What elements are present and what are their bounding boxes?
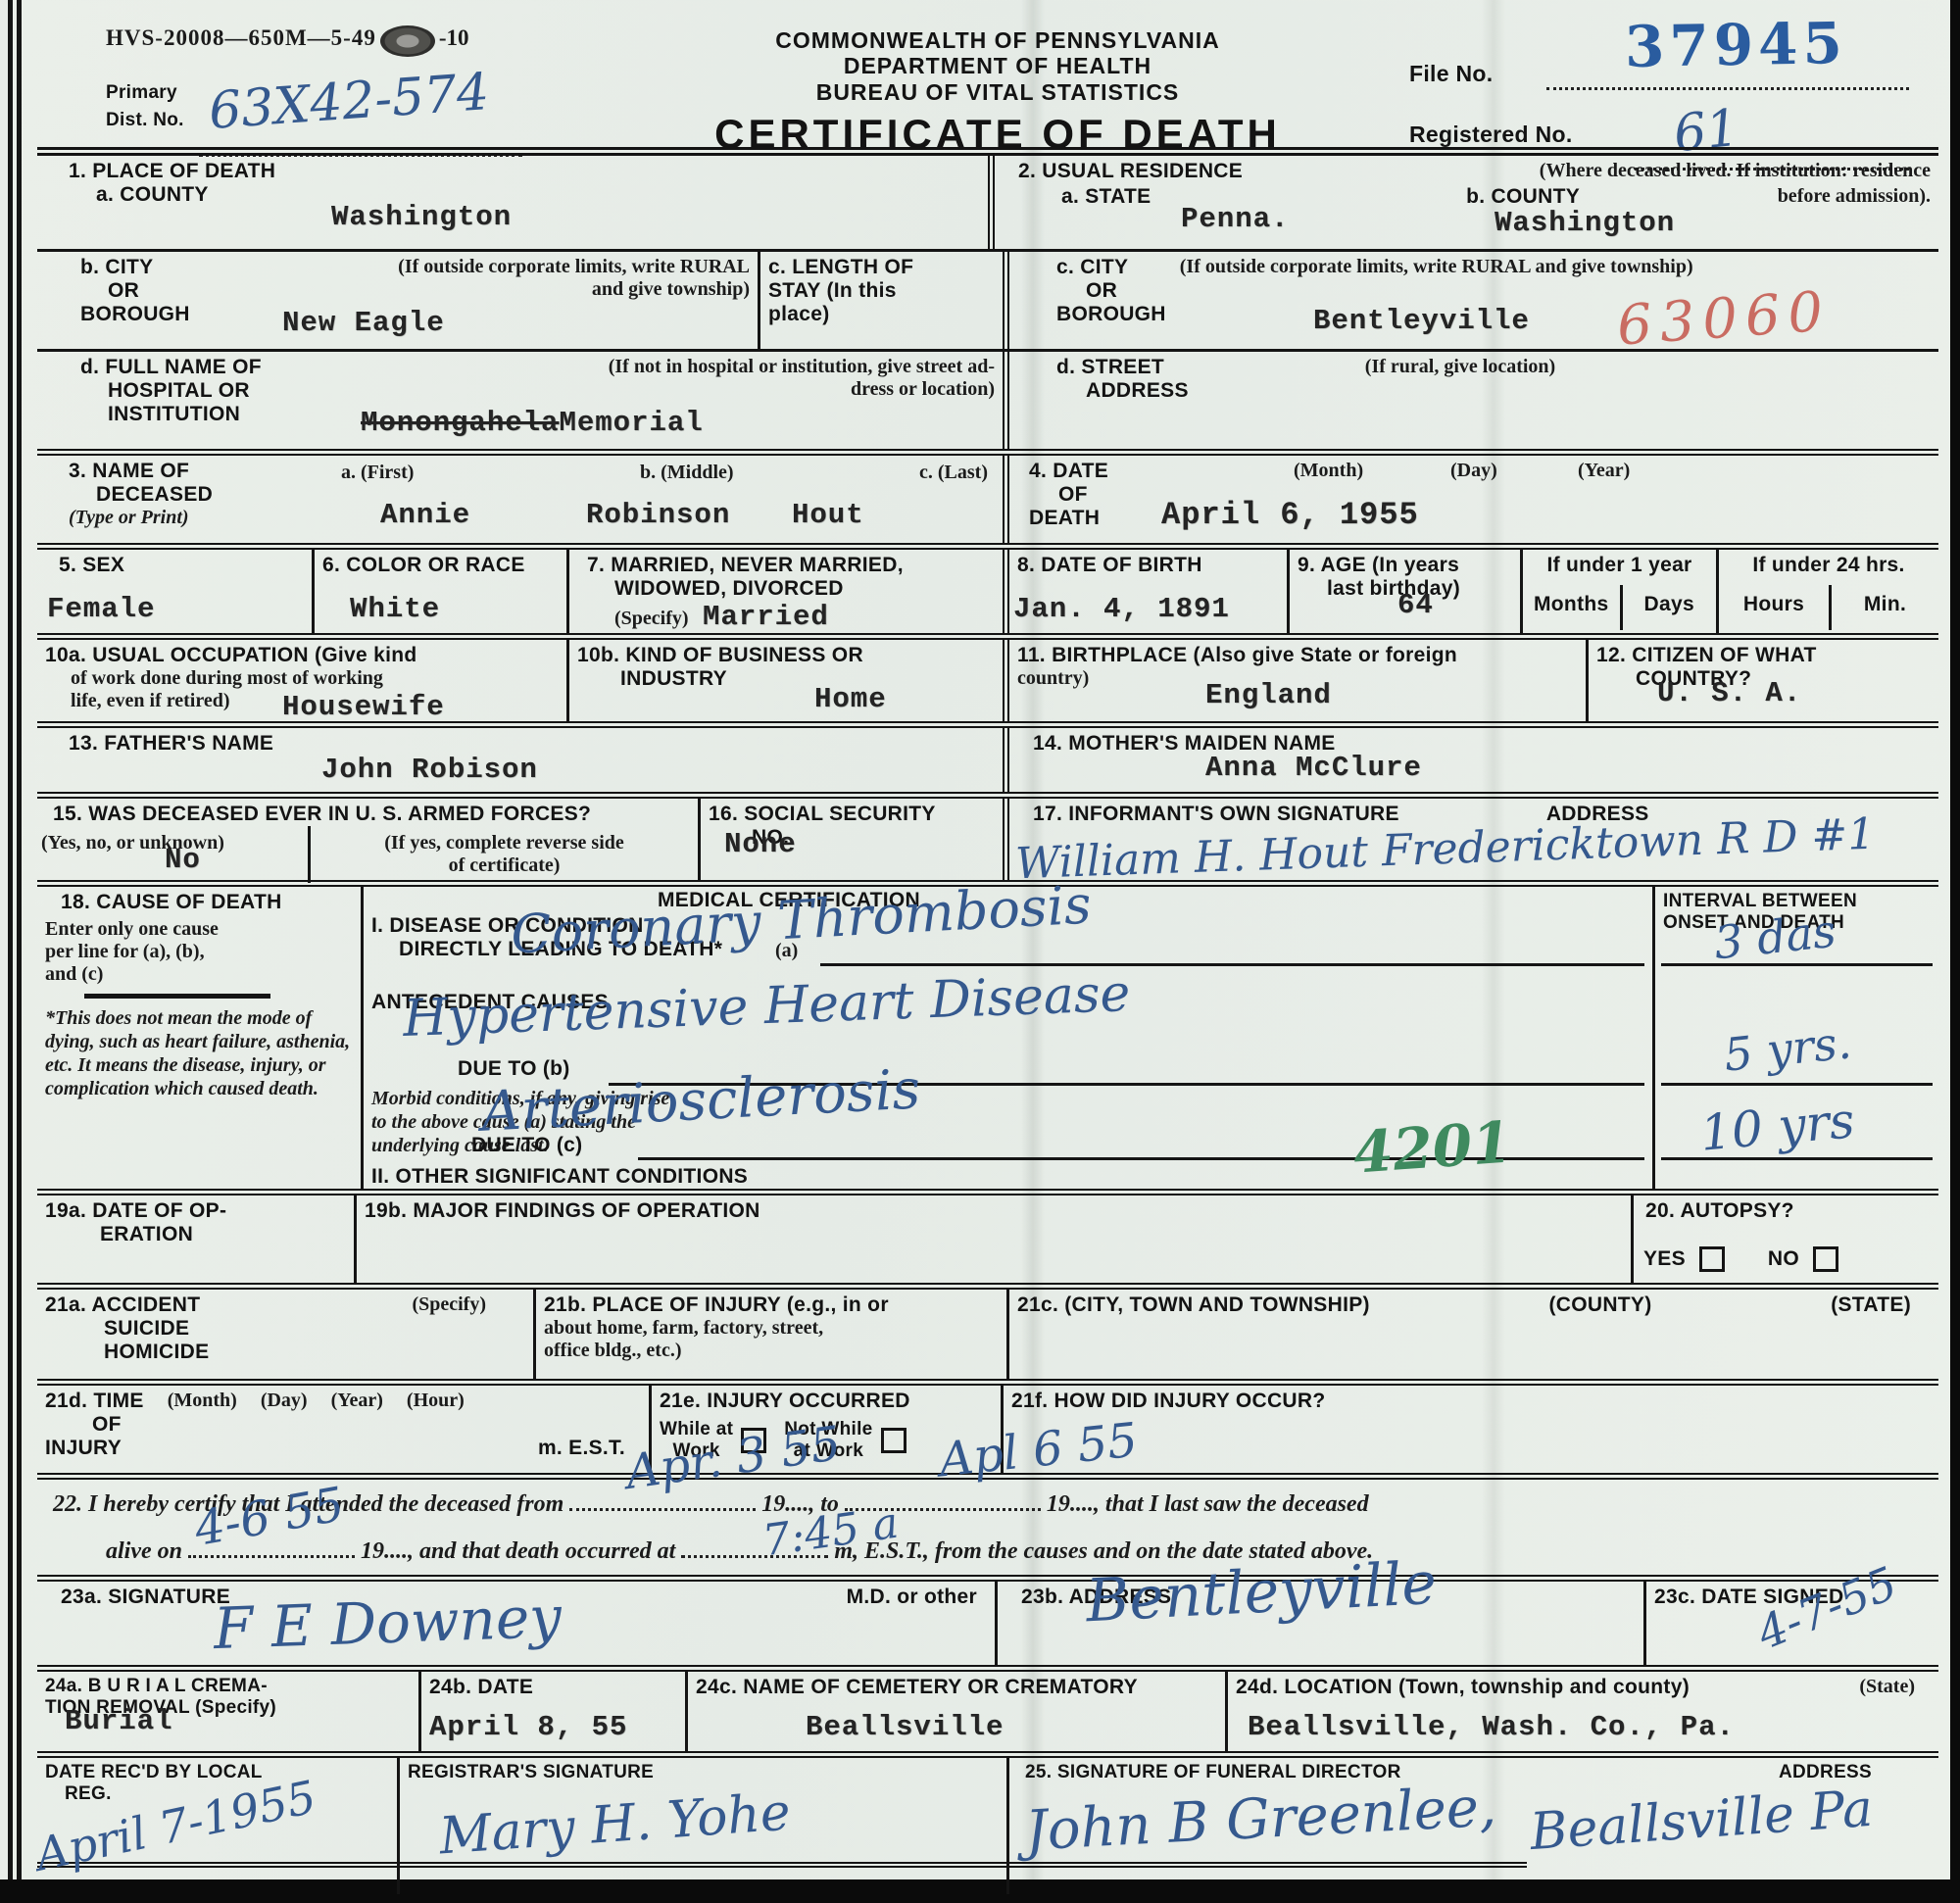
commonwealth-line: COMMONWEALTH OF PENNSYLVANIA xyxy=(645,27,1350,53)
row-occupation: 10a. USUAL OCCUPATION (Give kind of work… xyxy=(37,633,1938,721)
interval-line-a xyxy=(1661,963,1933,966)
row-name-dod: 3. NAME OF DECEASED (Type or Print) a. (… xyxy=(37,449,1938,543)
cell-industry: 10b. KIND OF BUSINESS OR INDUSTRY Home xyxy=(566,640,1003,721)
injury-e-label: 21e. INJURY OCCURRED xyxy=(660,1390,993,1413)
place-of-death-heading: 1. PLACE OF DEATH xyxy=(69,160,980,183)
burial-location-value: Beallsville, Wash. Co., Pa. xyxy=(1248,1711,1735,1743)
burial-date-label: 24b. DATE xyxy=(429,1676,677,1699)
residence-state-label: a. STATE xyxy=(1061,185,1151,209)
cell-place-city: b. CITY OR BOROUGH (If outside corporate… xyxy=(37,252,758,349)
usual-residence-heading: 2. USUAL RESIDENCE xyxy=(1018,160,1243,183)
cell-cemetery: 24c. NAME OF CEMETERY OR CREMATORY Beall… xyxy=(685,1672,1225,1751)
cell-time-of-injury: 21d. TIME (Month) (Day) (Year) (Hour) OF… xyxy=(37,1386,649,1473)
footer-signature-line xyxy=(37,1862,1527,1868)
place-city-note-1: (If outside corporate limits, write RURA… xyxy=(398,256,750,278)
md-signature-value: F E Downey xyxy=(213,1584,563,1662)
injury-d-hour: (Hour) xyxy=(407,1390,465,1413)
cause-b-value: Hypertensive Heart Disease xyxy=(402,964,1131,1049)
registrar-label: REGISTRAR'S SIGNATURE xyxy=(408,1762,999,1783)
cell-ssn: 16. SOCIAL SECURITY NO. None xyxy=(698,799,1003,880)
place-city-note-2: and give township) xyxy=(398,278,750,301)
street-label-1: d. STREET xyxy=(1056,356,1189,379)
cell-registrar-signature: REGISTRAR'S SIGNATURE Mary H. Yohe xyxy=(397,1758,1006,1894)
certificate-paper: HVS-20008—650M—5-49-10 Primary Dist. No.… xyxy=(8,0,1950,1879)
injury-d-label-2: OF xyxy=(92,1413,641,1437)
cell-name-of-deceased: 3. NAME OF DECEASED (Type or Print) a. (… xyxy=(37,456,1003,543)
cell-certify-statement: 22. I hereby certify that I attended the… xyxy=(37,1480,1938,1575)
funeral-director-signature-value: John B Greenlee, xyxy=(1024,1775,1498,1863)
hospital-label-1: d. FULL NAME OF xyxy=(80,356,262,379)
cell-how-injury-occurred: 21f. HOW DID INJURY OCCUR? xyxy=(1001,1386,1938,1473)
place-borough-label: BOROUGH xyxy=(80,303,190,326)
residence-county-value: Washington xyxy=(1494,207,1675,239)
hospital-note-1: (If not in hospital or institution, give… xyxy=(609,356,995,378)
armed-forces-note-2a: (If yes, complete reverse side xyxy=(311,832,698,854)
row-forces-ssn-informant: 15. WAS DECEASED EVER IN U. S. ARMED FOR… xyxy=(37,792,1938,880)
stay-label-2: STAY (In this xyxy=(768,279,995,303)
row-hospital-street: d. FULL NAME OF HOSPITAL OR INSTITUTION … xyxy=(37,349,1938,449)
dob-label: 8. DATE OF BIRTH xyxy=(1017,554,1279,577)
header-left: HVS-20008—650M—5-49-10 Primary Dist. No.… xyxy=(37,12,645,147)
autopsy-no-checkbox xyxy=(1813,1246,1838,1272)
armed-forces-value: No xyxy=(165,844,201,876)
interval-c-value: 10 yrs xyxy=(1698,1092,1857,1161)
cell-length-of-stay: c. LENGTH OF STAY (In this place) xyxy=(758,252,1003,349)
cell-burial-location: 24d. LOCATION (Town, township and county… xyxy=(1225,1672,1938,1751)
ssn-value: None xyxy=(724,828,797,860)
burial-label-1: 24a. B U R I A L CREMA- xyxy=(45,1676,411,1697)
middle-name-value: Robinson xyxy=(586,499,730,531)
cell-cause-instructions: 18. CAUSE OF DEATH Enter only one cause … xyxy=(37,887,361,1189)
hospital-value: Memorial xyxy=(559,407,703,439)
marital-value: Married xyxy=(703,601,829,633)
certify-y3: 19...., xyxy=(361,1538,414,1564)
marital-label-1: 7. MARRIED, NEVER MARRIED, xyxy=(587,554,995,577)
marital-specify-label: (Specify) xyxy=(614,608,689,629)
cell-occupation: 10a. USUAL OCCUPATION (Give kind of work… xyxy=(37,640,566,721)
last-name-value: Hout xyxy=(792,499,864,531)
autopsy-no-label: NO xyxy=(1768,1247,1799,1271)
row-operation-autopsy: 19a. DATE OF OP- ERATION 19b. MAJOR FIND… xyxy=(37,1189,1938,1283)
cell-age: 9. AGE (In years last birthday) 64 xyxy=(1287,550,1520,633)
usual-residence-note-2: before admission). xyxy=(1778,185,1931,209)
last-name-label: c. (Last) xyxy=(919,462,988,484)
armed-forces-note-2b: of certificate) xyxy=(311,854,698,877)
cell-burial-date: 24b. DATE April 8, 55 xyxy=(418,1672,685,1751)
armed-forces-label: 15. WAS DECEASED EVER IN U. S. ARMED FOR… xyxy=(53,803,698,826)
header-right: File No. 37945 Registered No. 61 xyxy=(1350,12,1938,147)
sex-value: Female xyxy=(47,593,155,625)
scan-edge xyxy=(0,0,8,1879)
dob-value: Jan. 4, 1891 xyxy=(1013,593,1230,625)
dod-year-label: (Year) xyxy=(1578,460,1630,482)
other-conditions-label: II. OTHER SIGNIFICANT CONDITIONS xyxy=(371,1165,748,1189)
cell-date-received: DATE REC'D BY LOCAL REG. April 7-1955 xyxy=(37,1758,397,1894)
cell-place-of-death: 1. PLACE OF DEATH a. COUNTY Washington xyxy=(37,156,988,249)
primary-dist-no-value: 63X42-574 xyxy=(207,63,491,141)
dist-no-label: Dist. No. xyxy=(106,110,184,131)
age-value: 64 xyxy=(1397,589,1434,621)
residence-county-label: b. COUNTY xyxy=(1466,185,1580,209)
operation-findings-label: 19b. MAJOR FINDINGS OF OPERATION xyxy=(365,1199,1623,1223)
first-name-label: a. (First) xyxy=(341,462,414,484)
cell-date-signed: 23c. DATE SIGNED 4-7-55 xyxy=(1643,1582,1938,1665)
header-center: COMMONWEALTH OF PENNSYLVANIA DEPARTMENT … xyxy=(645,12,1350,147)
cell-father: 13. FATHER'S NAME John Robison xyxy=(37,728,1003,792)
row-signature: 23a. SIGNATURE M.D. or other F E Downey … xyxy=(37,1575,1938,1665)
cell-autopsy: 20. AUTOPSY? YES NO xyxy=(1631,1195,1938,1283)
mother-label: 14. MOTHER'S MAIDEN NAME xyxy=(1033,732,1931,756)
row-injury-abc: 21a. ACCIDENT SUICIDE HOMICIDE (Specify)… xyxy=(37,1283,1938,1379)
injury-c-county-label: (COUNTY) xyxy=(1548,1293,1651,1317)
department-line: DEPARTMENT OF HEALTH xyxy=(645,53,1350,78)
cemetery-label: 24c. NAME OF CEMETERY OR CREMATORY xyxy=(696,1676,1217,1699)
usual-residence-note-1: (Where deceased lived. If institution: r… xyxy=(1540,160,1931,183)
first-name-value: Annie xyxy=(380,499,470,531)
bureau-line: BUREAU OF VITAL STATISTICS xyxy=(645,79,1350,105)
occupation-value: Housewife xyxy=(282,691,445,723)
operation-date-label-1: 19a. DATE OF OP- xyxy=(45,1199,346,1223)
registered-no-label: Registered No. xyxy=(1409,122,1573,147)
injury-d-day: (Day) xyxy=(261,1390,308,1413)
row-burial: 24a. B U R I A L CREMA- TION REMOVAL (Sp… xyxy=(37,1665,1938,1751)
injury-b-label-3: office bldg., etc.) xyxy=(544,1340,999,1362)
hospital-struck-value: Monongahela xyxy=(361,407,559,439)
cell-armed-forces: 15. WAS DECEASED EVER IN U. S. ARMED FOR… xyxy=(37,799,698,880)
interval-a-value: 3 das xyxy=(1712,904,1838,970)
state-seal-icon xyxy=(380,25,435,57)
injury-d-est: m. E.S.T. xyxy=(538,1437,625,1460)
hours-label: Hours xyxy=(1719,585,1829,630)
cell-burial-type: 24a. B U R I A L CREMA- TION REMOVAL (Sp… xyxy=(37,1672,418,1751)
hospital-label-3: INSTITUTION xyxy=(108,403,262,426)
date-received-label-1: DATE REC'D BY LOCAL xyxy=(45,1762,389,1783)
injury-d-label-1: 21d. TIME xyxy=(45,1390,144,1413)
residence-borough-label: BOROUGH xyxy=(1056,303,1166,326)
industry-label-1: 10b. KIND OF BUSINESS OR xyxy=(577,644,995,667)
cell-medical-certification: MEDICAL CERTIFICATION I. DISEASE OR COND… xyxy=(361,887,1652,1189)
primary-label: Primary xyxy=(106,82,184,104)
cell-citizen: 12. CITIZEN OF WHAT COUNTRY? U. S. A. xyxy=(1586,640,1938,721)
autopsy-yes-checkbox xyxy=(1699,1246,1725,1272)
funeral-director-address-value: Beallsville Pa xyxy=(1529,1780,1876,1862)
ssn-label-1: 16. SOCIAL SECURITY xyxy=(709,803,995,826)
injury-d-label-3: INJURY xyxy=(45,1437,122,1460)
certify-p3: alive on xyxy=(106,1538,182,1564)
not-while-at-work-checkbox xyxy=(881,1428,906,1453)
row-registrar-funeral: DATE REC'D BY LOCAL REG. April 7-1955 RE… xyxy=(37,1751,1938,1894)
marital-label-2: WIDOWED, DIVORCED xyxy=(614,577,995,601)
dod-label-1: 4. DATE xyxy=(1029,460,1108,483)
min-label: Min. xyxy=(1829,585,1938,630)
cell-injury-city: 21c. (CITY, TOWN AND TOWNSHIP) (COUNTY) … xyxy=(1006,1290,1938,1379)
file-no-label: File No. xyxy=(1409,61,1493,86)
injury-a-label-3: HOMICIDE xyxy=(104,1341,209,1364)
under1-label: If under 1 year xyxy=(1523,554,1716,577)
cell-place-of-injury: 21b. PLACE OF INJURY (e.g., in or about … xyxy=(533,1290,1006,1379)
cell-hospital: d. FULL NAME OF HOSPITAL OR INSTITUTION … xyxy=(37,352,1003,449)
residence-city-stamp: 63060 xyxy=(1615,279,1833,358)
place-county-value: Washington xyxy=(331,201,512,233)
cell-birthplace: 11. BIRTHPLACE (Also give State or forei… xyxy=(1003,640,1586,721)
cause-instr-2: per line for (a), (b), xyxy=(45,941,353,963)
cell-accident-suicide: 21a. ACCIDENT SUICIDE HOMICIDE (Specify) xyxy=(37,1290,533,1379)
injury-c-state-label: (STATE) xyxy=(1831,1293,1911,1317)
cell-under-24-hrs: If under 24 hrs. Hours Min. xyxy=(1716,550,1938,633)
signature-label: 23a. SIGNATURE xyxy=(61,1586,230,1609)
funeral-director-label: 25. SIGNATURE OF FUNERAL DIRECTOR xyxy=(1025,1762,1401,1783)
row-parents: 13. FATHER'S NAME John Robison 14. MOTHE… xyxy=(37,721,1938,792)
form-header: HVS-20008—650M—5-49-10 Primary Dist. No.… xyxy=(37,12,1938,147)
stay-label-1: c. LENGTH OF xyxy=(768,256,995,279)
birthplace-value: England xyxy=(1205,679,1332,711)
sex-label: 5. SEX xyxy=(59,554,304,577)
cause-instr-1: Enter only one cause xyxy=(45,918,353,941)
days-label: Days xyxy=(1620,585,1717,630)
certify-p4: and that death occurred at xyxy=(419,1538,675,1564)
burial-location-state-label: (State) xyxy=(1859,1676,1915,1699)
cell-interval: INTERVAL BETWEEN ONSET AND DEATH 3 das 5… xyxy=(1652,887,1938,1189)
autopsy-yes-label: YES xyxy=(1643,1247,1686,1271)
injury-b-label-1: 21b. PLACE OF INJURY (e.g., in or xyxy=(544,1293,999,1317)
burial-date-value: April 8, 55 xyxy=(429,1711,627,1743)
place-city-value: New Eagle xyxy=(282,307,445,339)
cell-dob: 8. DATE OF BIRTH Jan. 4, 1891 xyxy=(1003,550,1287,633)
cemetery-value: Beallsville xyxy=(806,1711,1004,1743)
injury-a-specify: (Specify) xyxy=(412,1293,486,1364)
place-county-label: a. COUNTY xyxy=(96,183,980,207)
occupation-label-1: 10a. USUAL OCCUPATION (Give kind xyxy=(45,644,559,667)
cause-code-value: 4201 xyxy=(1351,1108,1514,1186)
md-or-other-label: M.D. or other xyxy=(847,1586,977,1609)
dod-label-3: DEATH xyxy=(1029,507,1100,530)
injury-a-label-2: SUICIDE xyxy=(104,1317,209,1341)
dod-value: April 6, 1955 xyxy=(1161,497,1419,533)
months-label: Months xyxy=(1523,585,1620,630)
cell-md-signature: 23a. SIGNATURE M.D. or other F E Downey xyxy=(37,1582,995,1665)
race-label: 6. COLOR OR RACE xyxy=(322,554,559,577)
hospital-label-2: HOSPITAL OR xyxy=(108,379,262,403)
line-a xyxy=(820,963,1644,966)
occupation-label-2: of work done during most of working xyxy=(71,667,559,690)
residence-city-or-label: OR xyxy=(1086,279,1166,303)
injury-c-label: 21c. (CITY, TOWN AND TOWNSHIP) xyxy=(1017,1293,1370,1317)
interval-b-value: 5 yrs. xyxy=(1722,1015,1854,1081)
stay-label-3: place) xyxy=(768,303,995,326)
file-no-line xyxy=(1546,69,1909,90)
dod-label-2: OF xyxy=(1058,483,1088,507)
cause-heading: 18. CAUSE OF DEATH xyxy=(61,891,353,914)
cell-funeral-director: 25. SIGNATURE OF FUNERAL DIRECTOR ADDRES… xyxy=(1006,1758,1938,1894)
registrar-signature-value: Mary H. Yohe xyxy=(437,1783,792,1867)
interval-line-b xyxy=(1661,1083,1933,1086)
dod-month-label: (Month) xyxy=(1294,460,1363,482)
cell-operation-date: 19a. DATE OF OP- ERATION xyxy=(37,1195,354,1283)
place-city-or-label: OR xyxy=(108,279,190,303)
operation-date-label-2: ERATION xyxy=(100,1223,346,1246)
residence-city-value: Bentleyville xyxy=(1313,305,1530,337)
burial-location-label: 24d. LOCATION (Town, township and county… xyxy=(1236,1676,1690,1699)
under24-label: If under 24 hrs. xyxy=(1719,554,1938,577)
residence-state-value: Penna. xyxy=(1181,203,1289,235)
birthplace-label-1: 11. BIRTHPLACE (Also give State or forei… xyxy=(1017,644,1578,667)
injury-d-year: (Year) xyxy=(331,1390,383,1413)
form-number: HVS-20008—650M—5-49 xyxy=(106,25,376,50)
age-label-1: 9. AGE (In years xyxy=(1298,554,1512,577)
citizen-value: U. S. A. xyxy=(1657,677,1801,709)
cause-a-value: Coronary Thrombosis xyxy=(510,874,1093,966)
race-value: White xyxy=(350,593,440,625)
cell-sex: 5. SEX Female xyxy=(37,550,312,633)
cell-date-of-death: 4. DATE OF DEATH (Month) (Day) (Year) Ap… xyxy=(1003,456,1938,543)
cell-residence-city: c. CITY OR BOROUGH (If outside corporate… xyxy=(1003,252,1938,349)
hospital-note-2: dress or location) xyxy=(609,378,995,401)
row-certify: 22. I hereby certify that I attended the… xyxy=(37,1473,1938,1575)
autopsy-label: 20. AUTOPSY? xyxy=(1645,1199,1931,1223)
injury-f-label: 21f. HOW DID INJURY OCCUR? xyxy=(1011,1390,1931,1413)
injury-a-label-1: 21a. ACCIDENT xyxy=(45,1293,209,1317)
industry-value: Home xyxy=(814,683,887,715)
cell-md-address: 23b. ADDRESS Bentleyville xyxy=(995,1582,1643,1665)
cause-note: *This does not mean the mode of dying, s… xyxy=(45,1006,353,1100)
cause-instr-3: and (c) xyxy=(45,963,353,986)
row-cause-of-death: 18. CAUSE OF DEATH Enter only one cause … xyxy=(37,880,1938,1189)
cell-street-address: d. STREET ADDRESS (If rural, give locati… xyxy=(1003,352,1938,449)
deceased-heading-1: 3. NAME OF xyxy=(69,460,995,483)
cell-marital: 7. MARRIED, NEVER MARRIED, WIDOWED, DIVO… xyxy=(566,550,1003,633)
place-city-label: b. CITY xyxy=(80,256,190,279)
cell-under-1-year: If under 1 year Months Days xyxy=(1520,550,1716,633)
certify-y2: 19...., xyxy=(1047,1491,1100,1517)
street-note: (If rural, give location) xyxy=(1365,356,1555,403)
cause-divider xyxy=(84,994,270,999)
form-number-suffix: -10 xyxy=(439,25,469,50)
middle-name-label: b. (Middle) xyxy=(640,462,734,484)
father-label: 13. FATHER'S NAME xyxy=(69,732,995,756)
certify-p2: that I last saw the deceased xyxy=(1105,1491,1369,1517)
row-city-borough: b. CITY OR BOROUGH (If outside corporate… xyxy=(37,249,1938,349)
street-label-2: ADDRESS xyxy=(1086,379,1189,403)
row-place-residence: 1. PLACE OF DEATH a. COUNTY Washington 2… xyxy=(37,147,1938,249)
citizen-label-1: 12. CITIZEN OF WHAT xyxy=(1596,644,1931,667)
injury-d-month: (Month) xyxy=(168,1390,237,1413)
mother-value: Anna McClure xyxy=(1205,752,1422,784)
father-value: John Robison xyxy=(321,754,538,786)
cell-operation-findings: 19b. MAJOR FINDINGS OF OPERATION xyxy=(354,1195,1631,1283)
burial-type-value: Burial xyxy=(65,1705,172,1737)
informant-label: 17. INFORMANT'S OWN SIGNATURE xyxy=(1033,803,1399,826)
residence-city-label: c. CITY xyxy=(1056,256,1166,279)
cell-mother: 14. MOTHER'S MAIDEN NAME Anna McClure xyxy=(1003,728,1938,792)
cell-informant: 17. INFORMANT'S OWN SIGNATURE ADDRESS Wi… xyxy=(1003,799,1938,880)
cell-race: 6. COLOR OR RACE White xyxy=(312,550,566,633)
industry-label-2: INDUSTRY xyxy=(620,667,995,691)
cell-usual-residence: 2. USUAL RESIDENCE (Where deceased lived… xyxy=(988,156,1938,249)
dod-day-label: (Day) xyxy=(1450,460,1497,482)
row-vitals: 5. SEX Female 6. COLOR OR RACE White 7. … xyxy=(37,543,1938,633)
injury-b-label-2: about home, farm, factory, street, xyxy=(544,1317,999,1340)
